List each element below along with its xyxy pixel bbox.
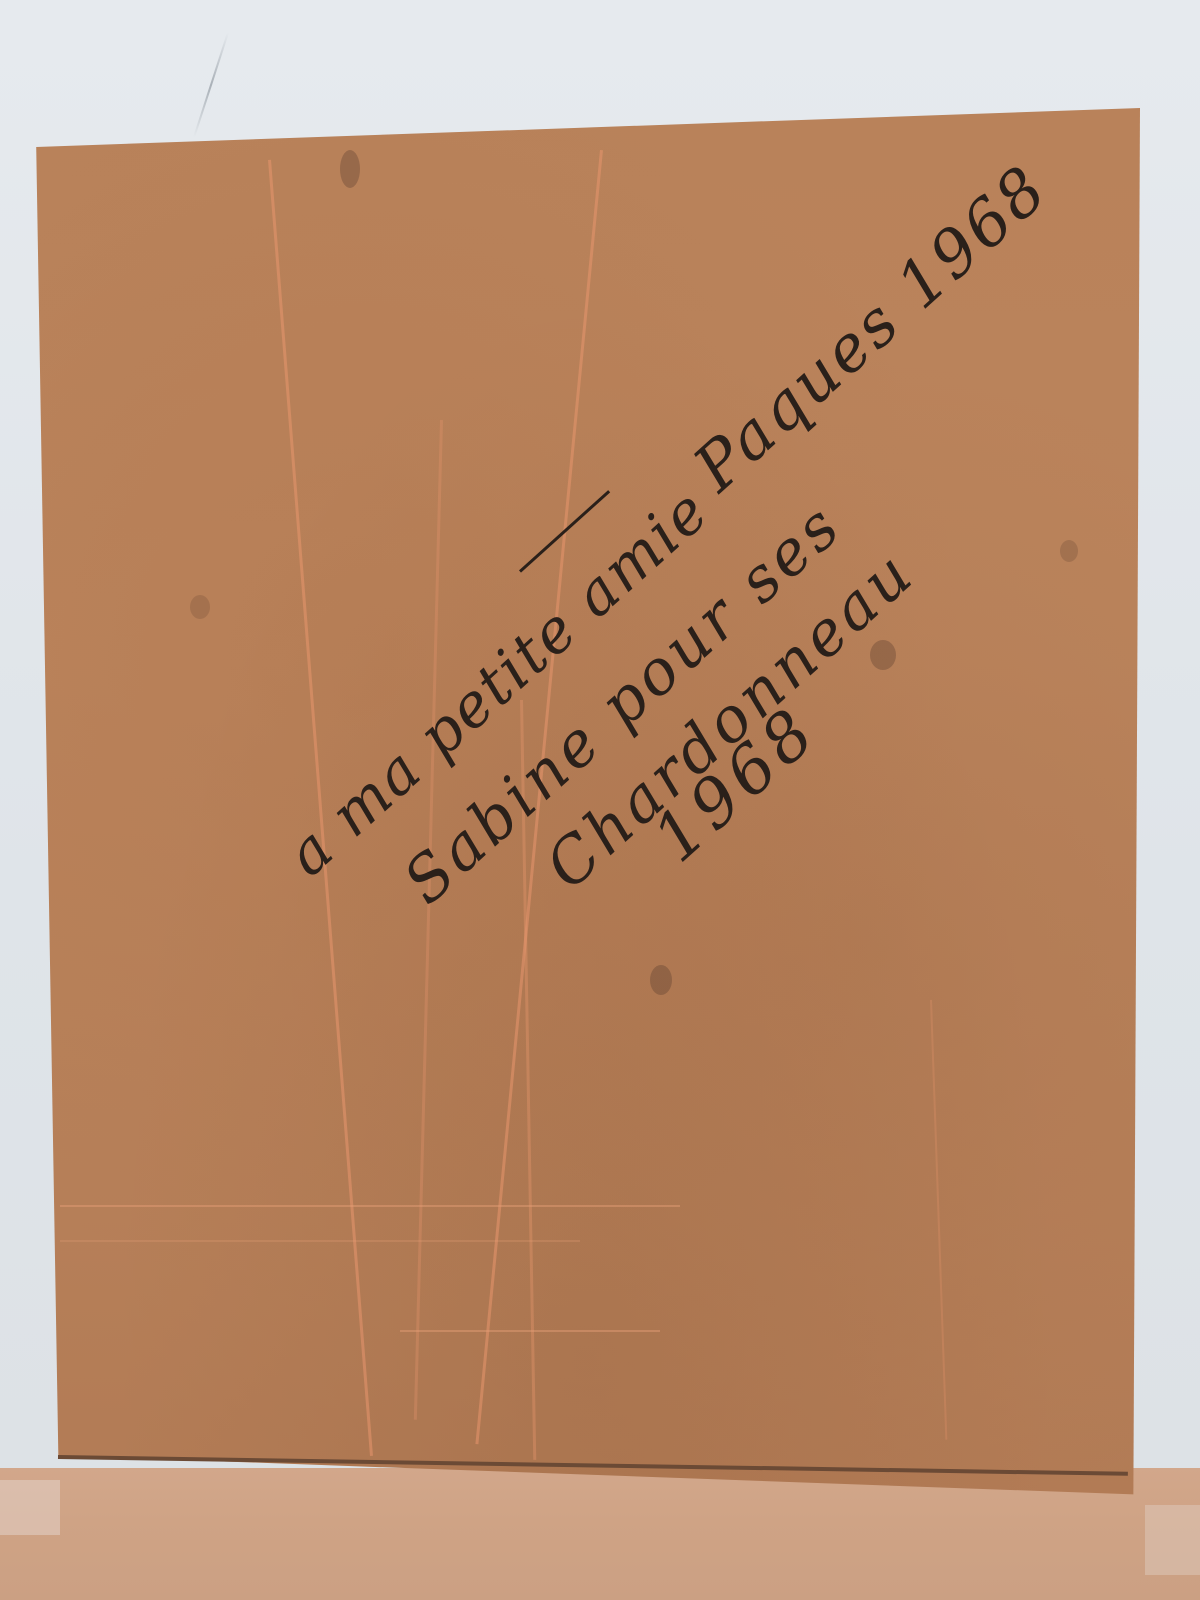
handwritten-inscription: a ma petite amie Sabine pour ses Paques … (0, 0, 1200, 1600)
inscription-line-3: Paques 1968 (680, 152, 1062, 506)
